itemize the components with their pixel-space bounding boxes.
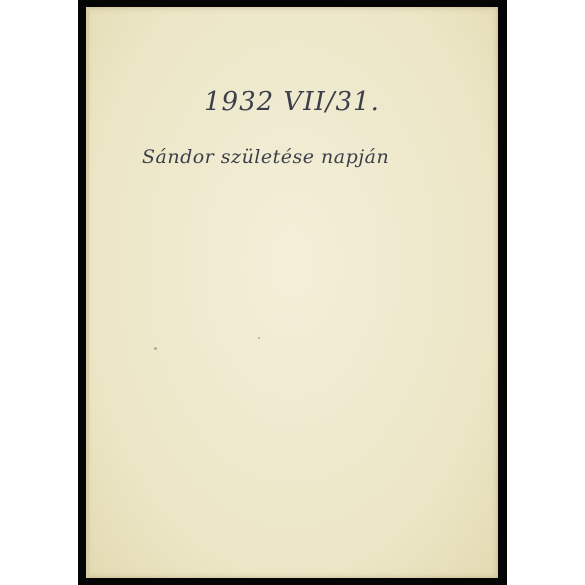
paper-speck xyxy=(258,337,260,339)
handwritten-caption: Sándor születése napján xyxy=(142,146,389,168)
handwritten-date: 1932 VII/31. xyxy=(204,87,380,117)
photo-back-paper: 1932 VII/31. Sándor születése napján xyxy=(86,7,498,578)
photo-border: 1932 VII/31. Sándor születése napján xyxy=(78,0,507,585)
paper-edge xyxy=(86,7,89,578)
paper-speck xyxy=(154,347,157,350)
